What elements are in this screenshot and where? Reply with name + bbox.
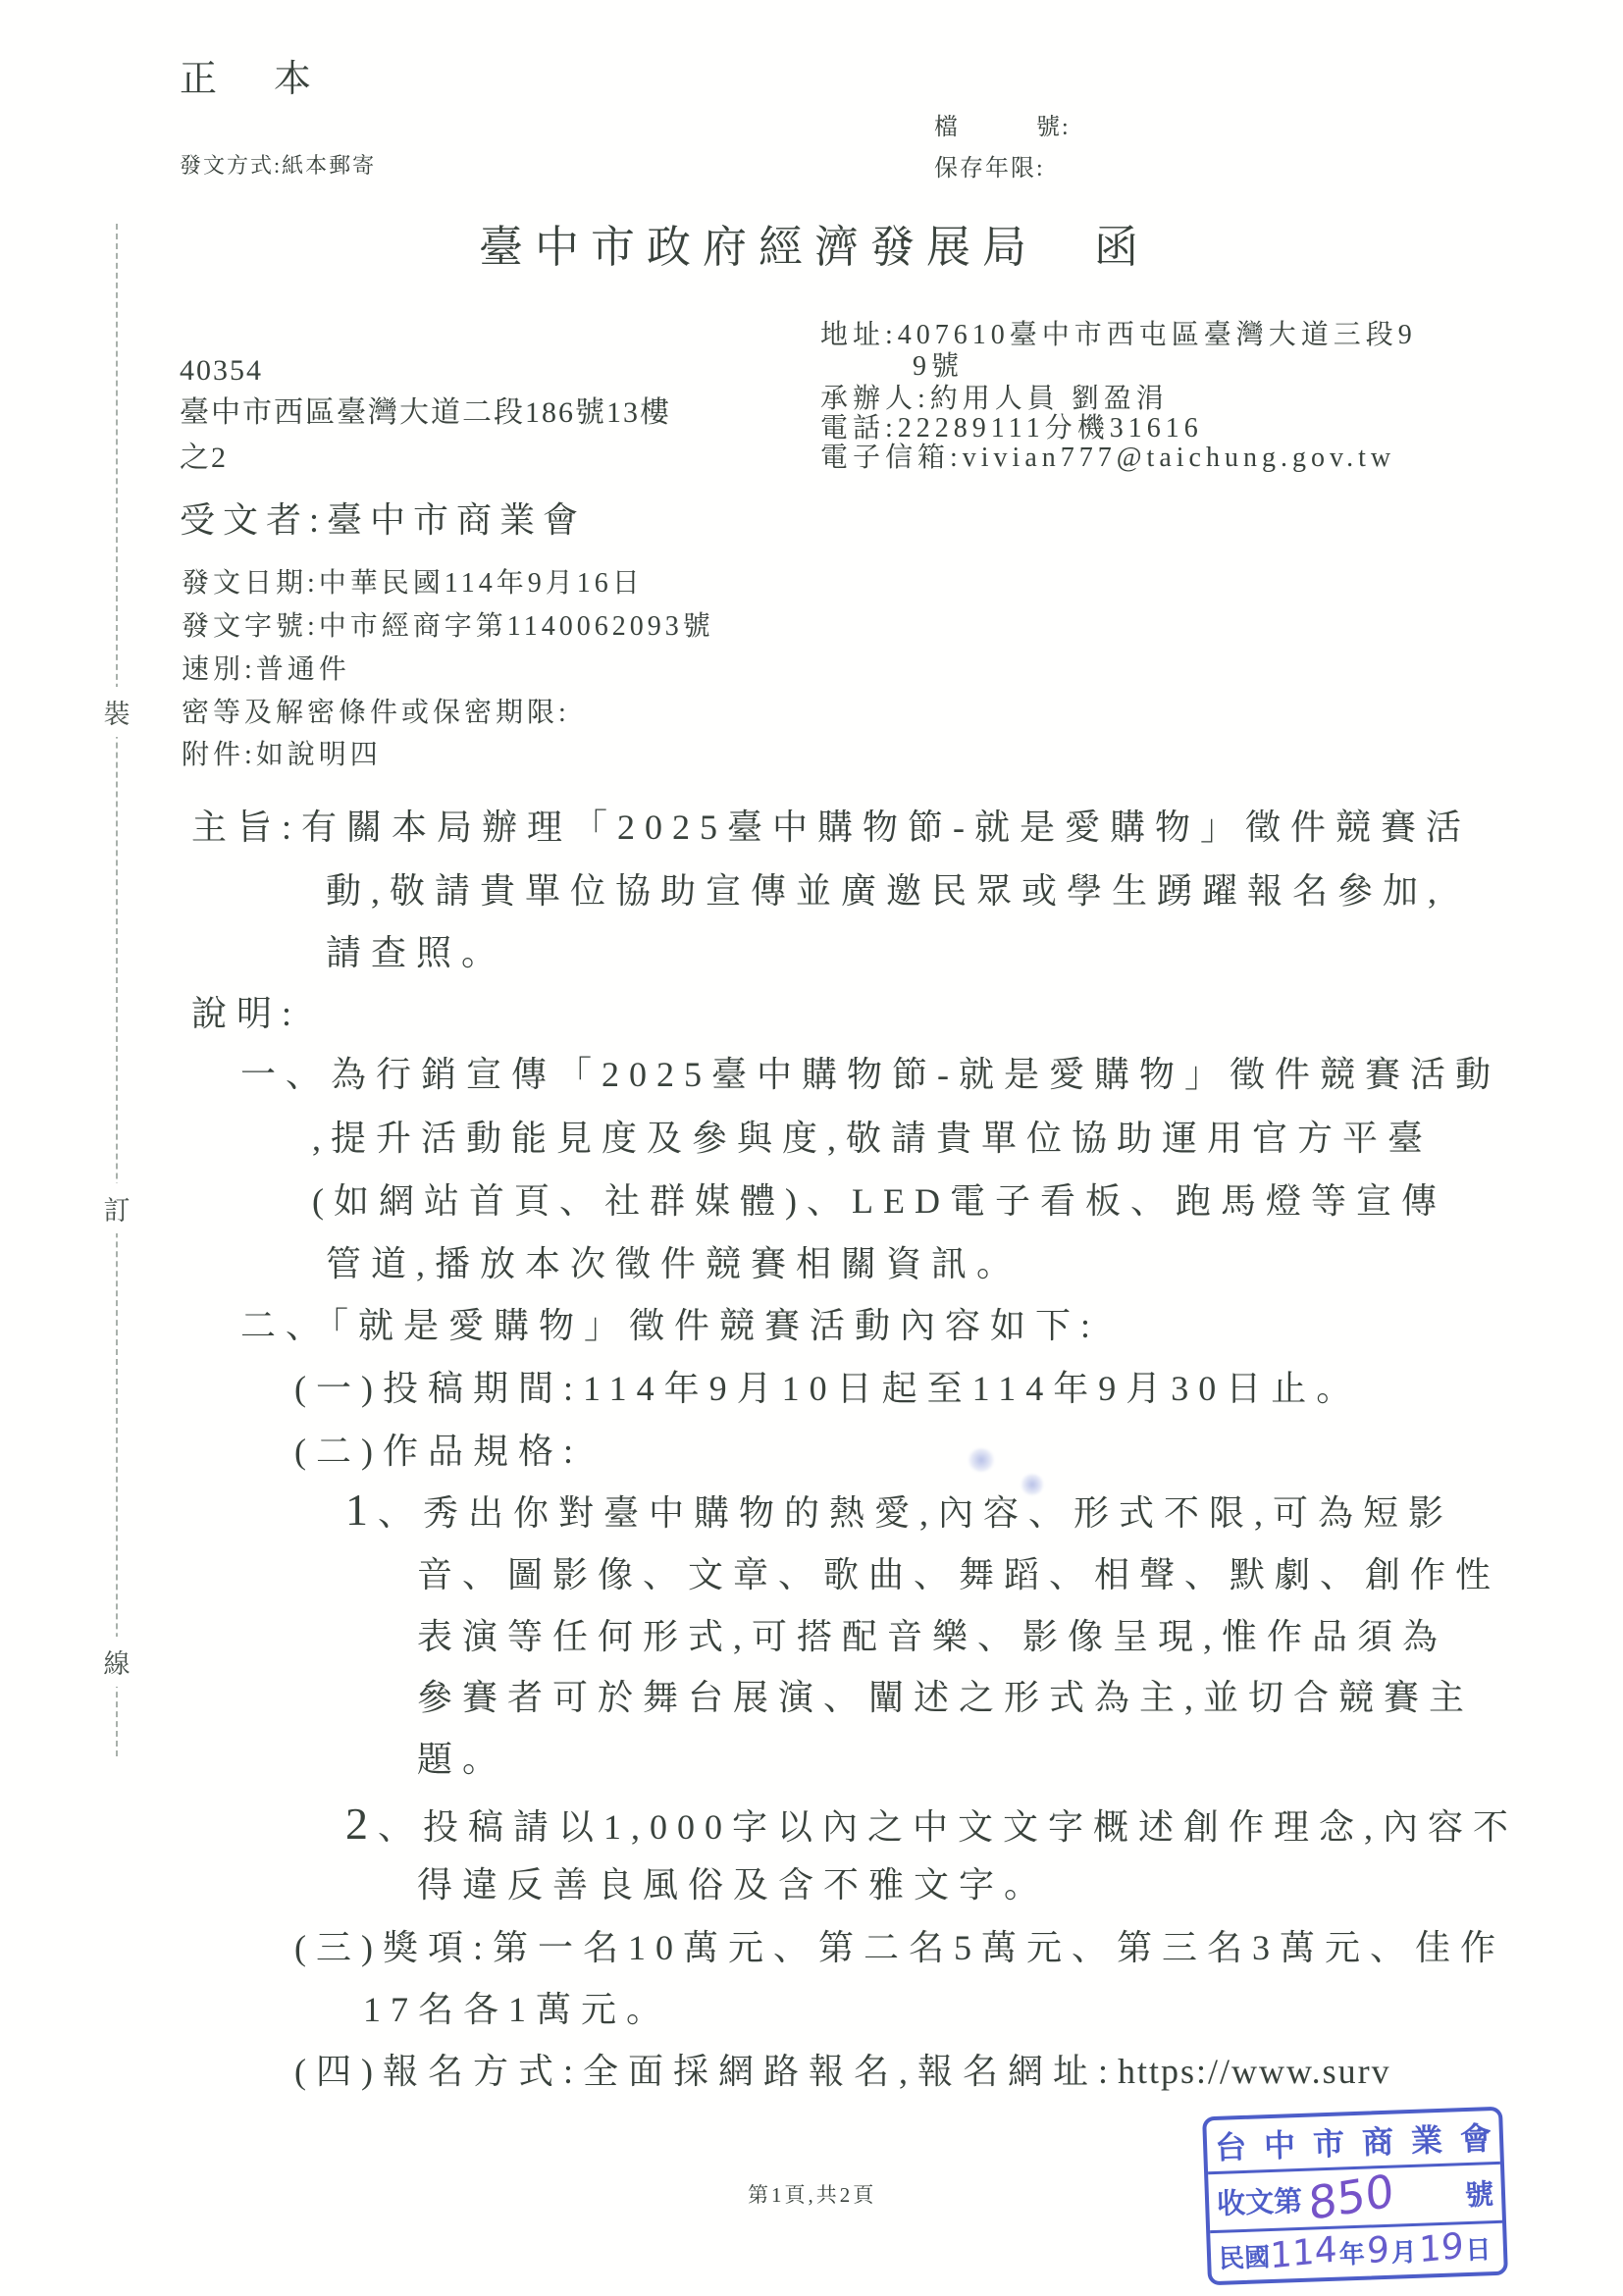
body-line-text: 、投稿請以1,000字以內之中文文字概述創作理念,內容不	[378, 1807, 1518, 1847]
body-line-subject: 主旨:有關本局辦理「2025臺中購物節-就是愛購物」徵件競賽活	[191, 808, 1471, 847]
body-line: (如網站首頁、社群媒體)、LED電子看板、跑馬燈等宣傳	[312, 1181, 1446, 1221]
body-line-sub-4: (四)報名方式:全面採網路報名,報名網址:https://www.surv	[294, 2052, 1391, 2091]
margin-label-binding: 裝	[92, 687, 141, 737]
stamp-receipt-number-handwritten: 850	[1307, 2167, 1394, 2226]
body-line: 表演等任何形式,可搭配音樂、影像呈現,惟作品須為	[417, 1617, 1447, 1656]
stamp-org-char: 中	[1263, 2120, 1296, 2166]
contact-address: 地址:407610臺中市西屯區臺灣大道三段9	[820, 321, 1417, 349]
stamp-receipt-prefix: 收文第	[1216, 2179, 1302, 2222]
stamp-year-handwritten: 114	[1270, 2233, 1337, 2275]
body-line-explanation: 說明:	[191, 994, 301, 1033]
file-number-label: 檔 號:	[934, 116, 1071, 140]
meta-doc-number: 發文字號:中市經商字第1140062093號	[182, 612, 714, 641]
stamp-receipt-suffix: 號	[1464, 2172, 1493, 2214]
body-line: 請查照。	[326, 933, 506, 972]
stamp-org-char: 業	[1410, 2115, 1443, 2162]
stamp-date-row: 民國 114 年 9 月 19 日	[1210, 2222, 1504, 2281]
meta-secrecy: 密等及解密條件或保密期限:	[182, 699, 570, 727]
body-line: ,提升活動能見度及參與度,敬請貴單位協助運用官方平臺	[312, 1119, 1433, 1158]
body-line: 音、圖影像、文章、歌曲、舞蹈、相聲、默劇、創作性	[417, 1555, 1500, 1594]
recipient-address-2: 之2	[180, 443, 228, 474]
contact-email: 電子信箱:vivian777@taichung.gov.tw	[820, 444, 1395, 472]
meta-issue-date: 發文日期:中華民國114年9月16日	[182, 569, 644, 598]
registration-url: https://www.surv	[1118, 2052, 1391, 2091]
stamp-day-handwritten: 19	[1418, 2229, 1463, 2270]
margin-label-stitch: 訂	[92, 1183, 141, 1233]
stamp-org-char: 台	[1214, 2122, 1247, 2168]
contact-address-2: 9號	[913, 352, 964, 381]
meta-speed: 速別:普通件	[182, 655, 350, 684]
ink-smudge	[1021, 1474, 1044, 1495]
official-letter-page: 裝 訂 線 正 本 發文方式:紙本郵寄 檔 號: 保存年限: 臺中市政府經濟發展…	[0, 0, 1623, 2296]
document-title: 臺中市政府經濟發展局 函	[479, 225, 1150, 271]
page-footer: 第1頁,共2頁	[748, 2184, 876, 2206]
receipt-stamp: 台 中 市 商 業 會 收文第 850 號 民國 114 年 9 月 19 日	[1202, 2107, 1508, 2286]
body-line-sub-2: (二)作品規格:	[294, 1432, 583, 1471]
binding-dashed-line	[116, 224, 118, 1756]
body-line-text: (四)報名方式:全面採網路報名,報名網址:	[294, 2052, 1118, 2091]
stamp-org-char: 商	[1361, 2117, 1394, 2164]
stamp-era-label: 民國	[1218, 2237, 1270, 2275]
stamp-year-unit: 年	[1338, 2234, 1365, 2271]
body-line-sub-3: (三)獎項:第一名10萬元、第二名5萬元、第三名3萬元、佳作	[294, 1928, 1505, 1967]
body-line: 得違反善良風俗及含不雅文字。	[417, 1865, 1049, 1905]
body-line: 題。	[417, 1740, 507, 1779]
recipient-zip: 40354	[180, 355, 263, 387]
body-line: 管道,播放本次徵件競賽相關資訊。	[326, 1244, 1021, 1283]
meta-attachment: 附件:如說明四	[182, 741, 382, 769]
stamp-month-unit: 月	[1390, 2232, 1417, 2270]
delivery-method: 發文方式:紙本郵寄	[180, 154, 376, 177]
stamp-month-handwritten: 9	[1366, 2232, 1388, 2270]
body-line-item-1: 一、為行銷宣傳「2025臺中購物節-就是愛購物」徵件競賽活動	[240, 1055, 1500, 1094]
stamp-org-char: 會	[1459, 2113, 1492, 2160]
recipient-line: 受文者:臺中市商業會	[180, 502, 586, 540]
body-line-sub-1: (一)投稿期間:114年9月10日起至114年9月30日止。	[294, 1369, 1361, 1408]
body-line-text: 、秀出你對臺中購物的熱愛,內容、形式不限,可為短影	[378, 1493, 1453, 1533]
point-number: 1	[345, 1485, 378, 1535]
body-line: 動,敬請貴單位協助宣傳並廣邀民眾或學生踴躍報名參加,	[326, 871, 1446, 911]
contact-undertaker: 承辦人:約用人員 劉盈涓	[820, 385, 1169, 413]
stamp-receipt-row: 收文第 850 號	[1208, 2165, 1502, 2233]
body-line-point-2: 2、投稿請以1,000字以內之中文文字概述創作理念,內容不	[345, 1806, 1518, 1847]
ink-smudge	[968, 1448, 995, 1472]
contact-phone: 電話:22289111分機31616	[820, 414, 1203, 443]
body-line-item-2: 二、「就是愛購物」徵件競賽活動內容如下:	[240, 1306, 1100, 1345]
copy-type-label: 正 本	[180, 61, 321, 100]
stamp-org-char: 市	[1312, 2118, 1345, 2165]
recipient-address: 臺中市西區臺灣大道二段186號13樓	[180, 397, 671, 429]
margin-label-thread: 線	[92, 1637, 141, 1687]
body-line-point-1: 1、秀出你對臺中購物的熱愛,內容、形式不限,可為短影	[345, 1492, 1453, 1533]
body-line: 參賽者可於舞台展演、闡述之形式為主,並切合競賽主	[417, 1678, 1474, 1717]
stamp-day-unit: 日	[1465, 2229, 1492, 2267]
point-number: 2	[345, 1799, 378, 1849]
retention-period-label: 保存年限:	[934, 157, 1045, 182]
body-line: 17名各1萬元。	[363, 1990, 671, 2029]
